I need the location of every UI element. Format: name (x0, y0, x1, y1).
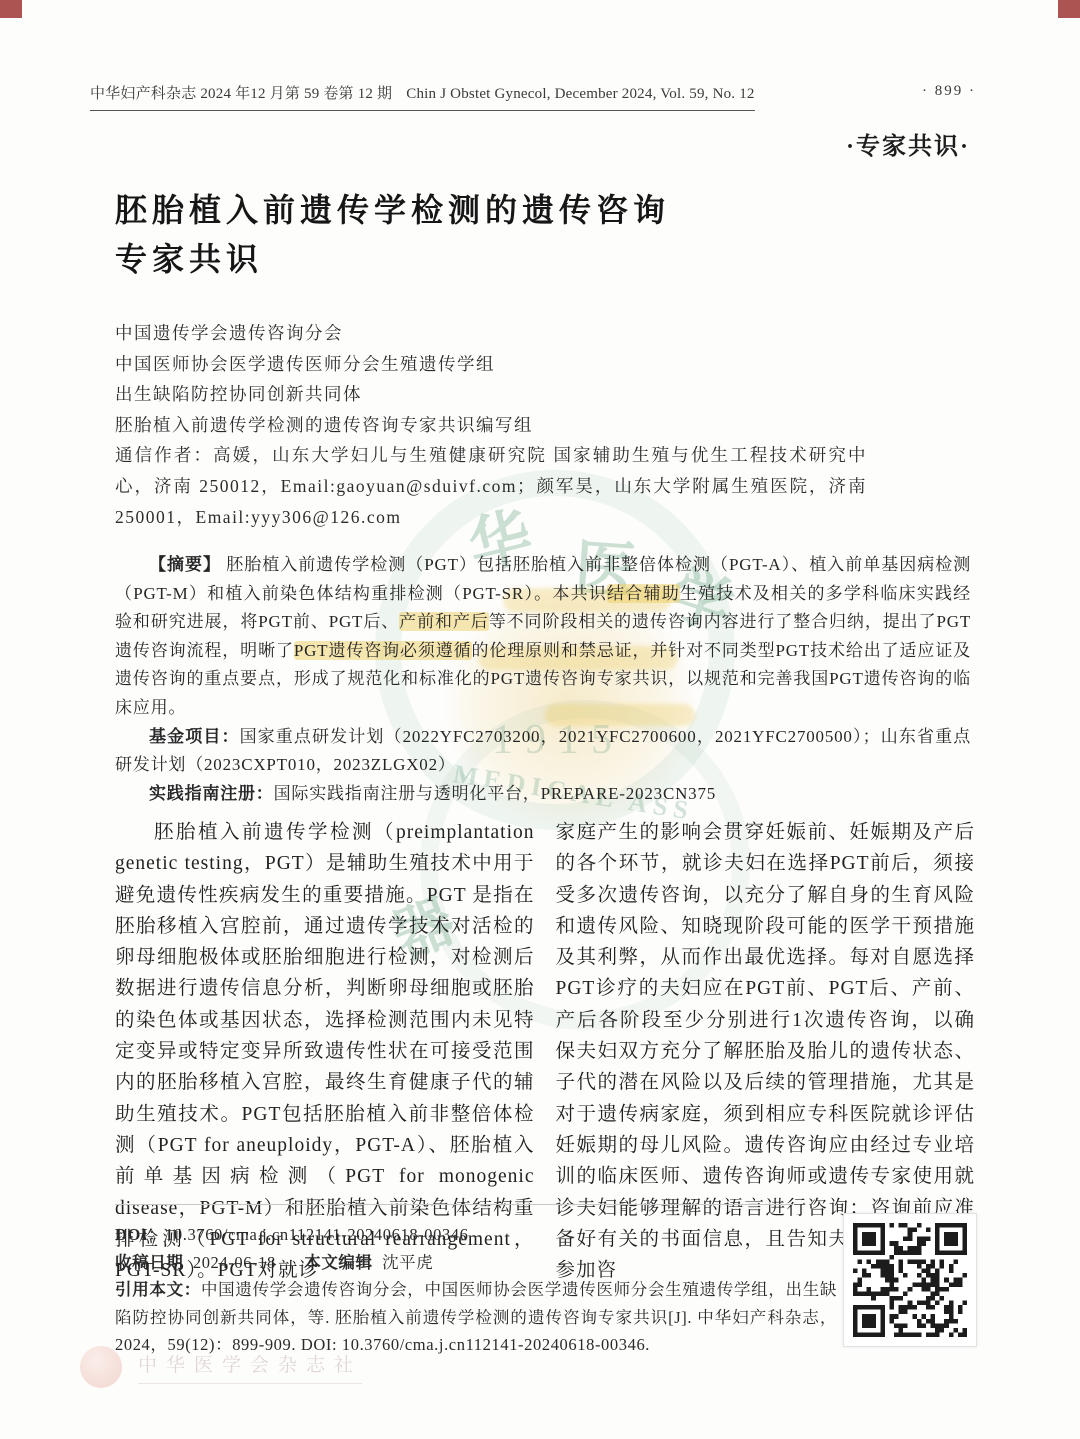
citation-text: 中国遗传学会遗传咨询分会，中国医师协会医学遗传医师分会生殖遗传学组，出生缺陷防控… (115, 1280, 837, 1354)
body-left-column: 胚胎植入前遗传学检测（preimplantation genetic testi… (115, 817, 535, 1286)
received-label: 收稿日期 (115, 1253, 183, 1272)
footnote-block: DOI：10.3760/cma.j.cn112141-20240618-0034… (115, 1221, 837, 1359)
registration-text: 国际实践指南注册与透明化平台，PREPARE-2023CN375 (274, 784, 716, 803)
funding-label: 基金项目： (149, 727, 240, 746)
doi-line: DOI：10.3760/cma.j.cn112141-20240618-0034… (115, 1221, 837, 1249)
publisher-watermark: 中华医学会杂志社 (80, 1346, 362, 1388)
journal-page: 华 医 学 器 1915 MEDICAL ASS 中华妇产科杂志 2024 年1… (0, 0, 1080, 1439)
editor-name: 沈平虎 (382, 1253, 433, 1272)
article-title: 胚胎植入前遗传学检测的遗传咨询 专家共识 (115, 186, 670, 284)
qr-code (843, 1213, 977, 1347)
affiliation: 中国遗传学会遗传咨询分会 (115, 318, 867, 349)
byline-block: 中国遗传学会遗传咨询分会 中国医师协会医学遗传医师分会生殖遗传学组 出生缺陷防控… (115, 318, 867, 532)
section-label: ·专家共识· (846, 126, 970, 161)
abstract-label: 【摘要】 (149, 555, 221, 574)
abstract-block: 【摘要】 胚胎植入前遗传学检测（PGT）包括胚胎植入前非整倍体检测（PGT-A）… (115, 551, 971, 808)
affiliation: 出生缺陷防控协同创新共同体 (115, 379, 867, 410)
page-number: · 899 · (922, 82, 976, 100)
abstract-highlight: 结合辅助 (607, 584, 680, 603)
article-title-line2: 专家共识 (115, 241, 263, 277)
abstract-paragraph: 【摘要】 胚胎植入前遗传学检测（PGT）包括胚胎植入前非整倍体检测（PGT-A）… (115, 551, 971, 723)
article-title-line1: 胚胎植入前遗传学检测的遗传咨询 (115, 192, 670, 228)
publisher-logo-icon (80, 1346, 122, 1388)
received-date: 2024-06-18 (193, 1253, 276, 1272)
corner-mark (0, 0, 22, 18)
registration-label: 实践指南注册： (149, 784, 274, 803)
citation-label: 引用本文： (115, 1280, 201, 1299)
publisher-logo-text: 中华医学会杂志社 (138, 1350, 362, 1384)
correspondence: 通信作者：高媛，山东大学妇儿与生殖健康研究院 国家辅助生殖与优生工程技术研究中心… (115, 440, 867, 532)
funding-text: 国家重点研发计划（2022YFC2703200，2021YFC2700600，2… (115, 727, 971, 775)
running-head: 中华妇产科杂志 2024 年12 月第 59 卷第 12 期Chin J Obs… (90, 82, 976, 111)
abstract-highlight: 产前和产后 (399, 612, 489, 631)
journal-citation: 中华妇产科杂志 2024 年12 月第 59 卷第 12 期Chin J Obs… (90, 82, 755, 111)
journal-title-en: Chin J Obstet Gynecol, December 2024, Vo… (406, 86, 754, 102)
qr-code-image (853, 1223, 967, 1337)
registration-paragraph: 实践指南注册：国际实践指南注册与透明化平台，PREPARE-2023CN375 (115, 780, 971, 809)
affiliation: 中国医师协会医学遗传医师分会生殖遗传学组 (115, 349, 867, 380)
doi-label: DOI (115, 1225, 148, 1244)
body-paragraph: 胚胎植入前遗传学检测（preimplantation genetic testi… (115, 817, 535, 1286)
dates-line: 收稿日期 2024-06-18 本文编辑 沈平虎 (115, 1249, 837, 1277)
corner-mark (1058, 0, 1080, 18)
abstract-highlight: PGT遗传咨询必须遵循 (294, 641, 472, 660)
doi-value: ：10.3760/cma.j.cn112141-20240618-00346 (148, 1225, 469, 1244)
affiliation: 胚胎植入前遗传学检测的遗传咨询专家共识编写组 (115, 410, 867, 441)
funding-paragraph: 基金项目：国家重点研发计划（2022YFC2703200，2021YFC2700… (115, 723, 971, 780)
editor-label: 本文编辑 (304, 1253, 372, 1272)
journal-title-cn: 中华妇产科杂志 2024 年12 月第 59 卷第 12 期 (90, 86, 392, 102)
footnote-divider (115, 1204, 793, 1205)
